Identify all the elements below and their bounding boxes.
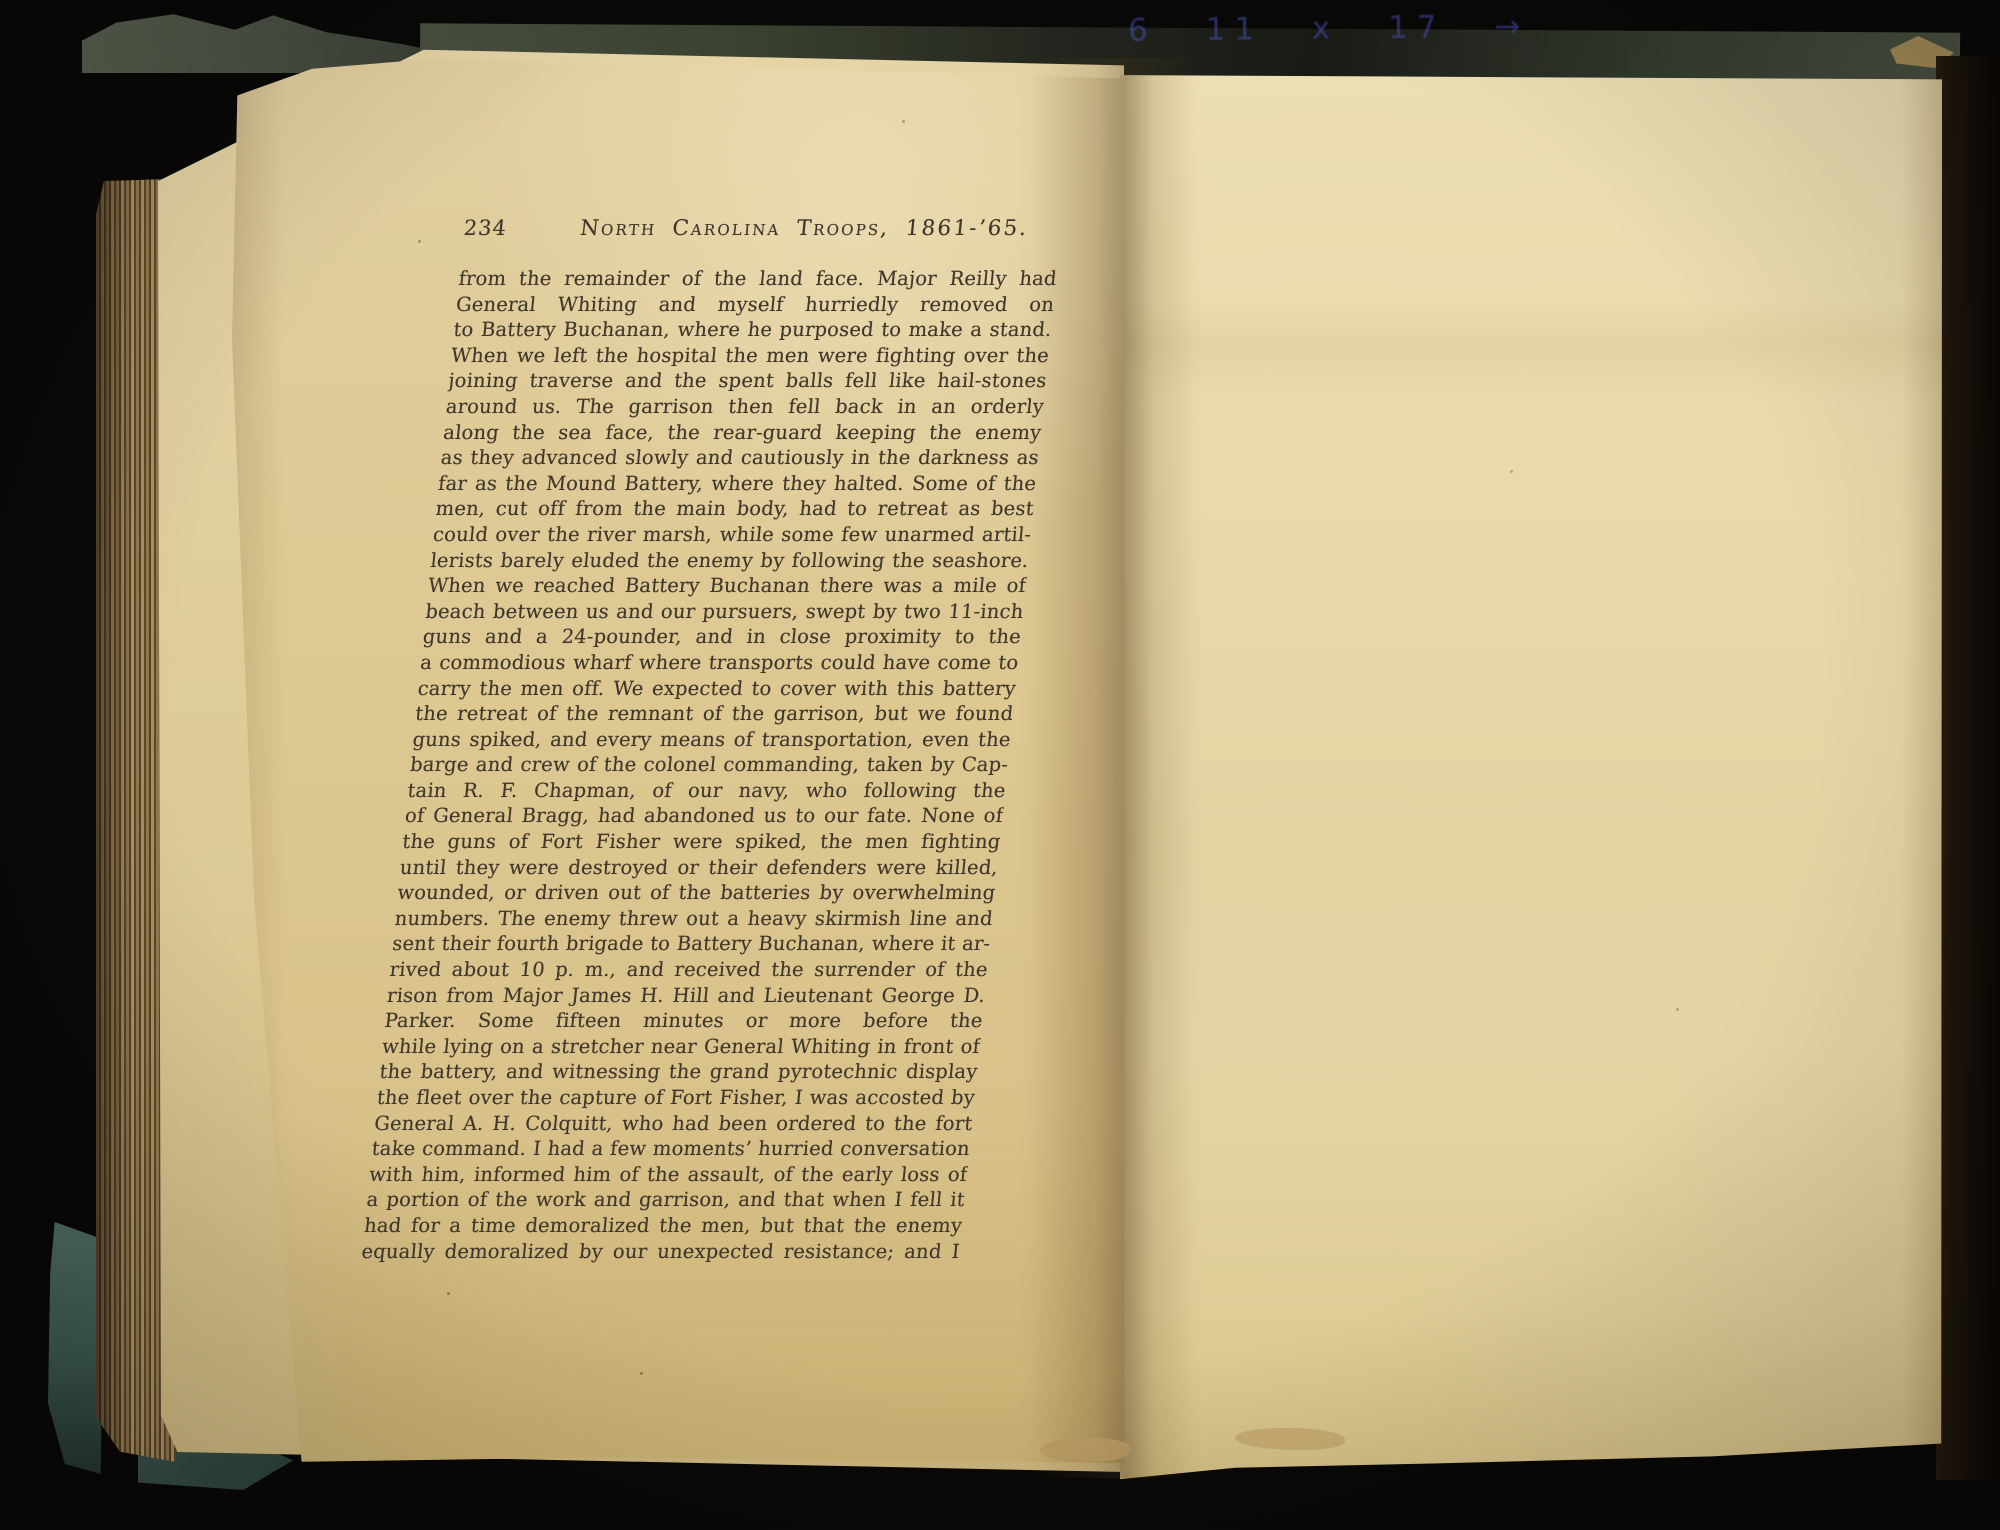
text-line: of General Bragg, had abandoned us to ou…: [404, 803, 1005, 829]
text-line: guns spiked, and every means of transpor…: [411, 727, 1012, 753]
text-line: numbers. The enemy threw out a heavy ski…: [394, 906, 995, 932]
dust-specks: [430, 760, 433, 763]
text-line: men, cut off from the main body, had to …: [434, 496, 1035, 522]
page-header: 234 North Carolina Troops, 1861-’65.: [462, 216, 1063, 242]
text-line: the fleet over the capture of Fort Fishe…: [376, 1085, 977, 1111]
text-line: guns and a 24-pounder, and in close prox…: [422, 624, 1023, 650]
book-spine: [48, 1222, 104, 1474]
text-line: from the remainder of the land face. Maj…: [457, 266, 1058, 292]
text-line: a commodious wharf where transports coul…: [419, 650, 1020, 676]
text-line: Parker. Some fifteen minutes or more bef…: [383, 1008, 984, 1034]
body-text: from the remainder of the land face. Maj…: [360, 266, 1058, 1264]
handwritten-annotation: 6 11 x 17 →: [1128, 7, 1648, 48]
printed-text-block: 234 North Carolina Troops, 1861-’65. fro…: [360, 216, 1063, 1264]
text-line: with him, informed him of the assault, o…: [368, 1162, 969, 1188]
text-line: rived about 10 p. m., and received the s…: [388, 957, 989, 983]
text-line: carry the men off. We expected to cover …: [417, 676, 1018, 702]
paper-stain: [1040, 1438, 1130, 1462]
text-line: joining traverse and the spent balls fel…: [447, 368, 1048, 394]
text-line: along the sea face, the rear-guard keepi…: [442, 420, 1043, 446]
text-line: beach between us and our pursuers, swept…: [424, 599, 1025, 625]
text-line: the battery, and witnessing the grand py…: [378, 1059, 979, 1085]
text-line: sent their fourth brigade to Battery Buc…: [391, 931, 992, 957]
running-header: North Carolina Troops, 1861-’65.: [526, 216, 1083, 241]
text-line: lerists barely eluded the enemy by follo…: [429, 548, 1030, 574]
text-line: the guns of Fort Fisher were spiked, the…: [401, 829, 1002, 855]
text-line: to Battery Buchanan, where he purposed t…: [452, 317, 1053, 343]
text-line: could over the river marsh, while some f…: [432, 522, 1033, 548]
text-line: barge and crew of the colonel commanding…: [409, 752, 1010, 778]
page-number: 234: [463, 216, 508, 240]
text-line: around us. The garrison then fell back i…: [445, 394, 1046, 420]
text-line: rison from Major James H. Hill and Lieut…: [386, 983, 987, 1009]
right-page-blank: [1120, 58, 1942, 1482]
text-line: far as the Mound Battery, where they hal…: [437, 471, 1038, 497]
text-line: the retreat of the remnant of the garris…: [414, 701, 1015, 727]
book-scan-photo: 234 North Carolina Troops, 1861-’65. fro…: [0, 0, 2000, 1530]
text-line: while lying on a stretcher near General …: [381, 1034, 982, 1060]
text-line: tain R. F. Chapman, of our navy, who fol…: [406, 778, 1007, 804]
text-line: as they advanced slowly and cautiously i…: [440, 445, 1041, 471]
text-line: had for a time demoralized the men, but …: [363, 1213, 964, 1239]
book-cover-fore-edge: [1936, 56, 2000, 1480]
text-line: wounded, or driven out of the batteries …: [396, 880, 997, 906]
text-line: General A. H. Colquitt, who had been ord…: [373, 1111, 974, 1137]
text-line: When we left the hospital the men were f…: [450, 343, 1051, 369]
text-line: until they were destroyed or their defen…: [399, 855, 1000, 881]
text-line: equally demoralized by our unexpected re…: [360, 1239, 961, 1265]
text-line: a portion of the work and garrison, and …: [365, 1187, 966, 1213]
text-line: take command. I had a few moments’ hurri…: [371, 1136, 972, 1162]
text-line: When we reached Battery Buchanan there w…: [427, 573, 1028, 599]
text-line: General Whiting and myself hurriedly rem…: [455, 292, 1056, 318]
